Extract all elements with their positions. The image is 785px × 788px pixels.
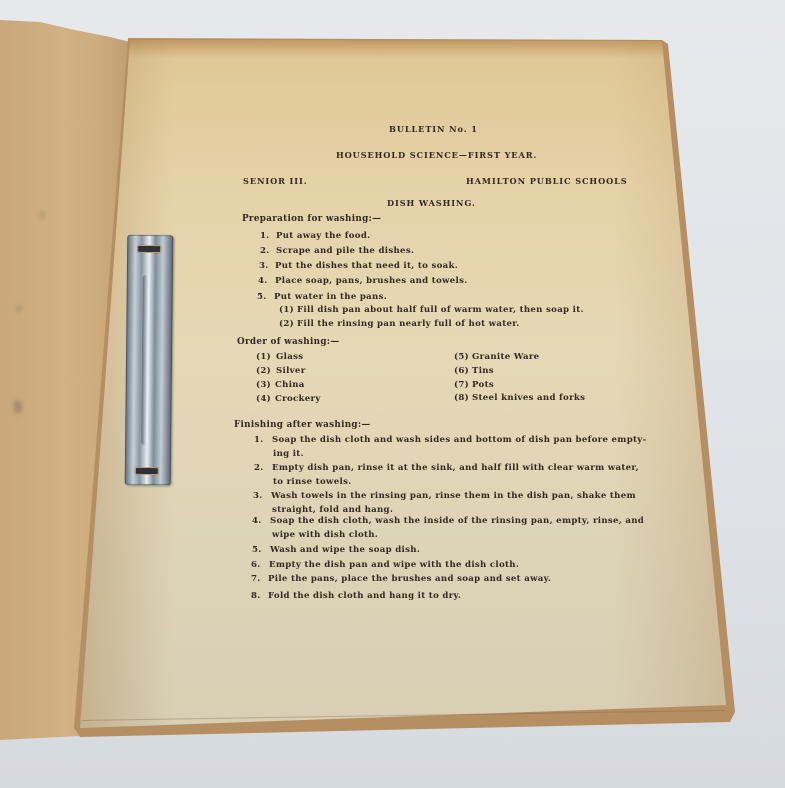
prep-item: Put away the food. <box>276 231 370 241</box>
order-item: Steel knives and forks <box>472 393 585 403</box>
prep-item-number: 3. <box>259 261 269 271</box>
order-item: Granite Ware <box>472 352 539 362</box>
preparation-heading: Preparation for washing:— <box>242 214 381 224</box>
order-item: Silver <box>276 366 306 376</box>
prep-item: Put the dishes that need it, to soak. <box>275 261 458 271</box>
finish-item-number: 6. <box>251 560 261 570</box>
finish-item: Soap the dish cloth and wash sides and b… <box>272 435 646 445</box>
finish-item-continued: to rinse towels. <box>273 477 352 487</box>
prep-item-number: 2. <box>260 246 270 256</box>
order-item-number: (3) <box>256 380 271 390</box>
prep-item: Scrape and pile the dishes. <box>276 246 414 256</box>
finish-item: Pile the pans, place the brushes and soa… <box>268 574 551 584</box>
prep-subitem-number: (2) <box>279 319 294 329</box>
bulletin-number: BULLETIN No. 1 <box>389 124 478 134</box>
order-item: Tins <box>472 366 494 376</box>
finish-item: Fold the dish cloth and hang it to dry. <box>268 591 461 601</box>
order-heading: Order of washing:— <box>237 337 339 347</box>
order-item-number: (6) <box>454 366 469 376</box>
finish-item: Wash and wipe the soap dish. <box>270 545 420 555</box>
finish-item-number: 8. <box>251 591 261 601</box>
prep-subitem: Fill the rinsing pan nearly full of hot … <box>297 319 520 329</box>
finish-item-number: 5. <box>252 545 262 555</box>
document-title: DISH WASHING. <box>387 198 476 208</box>
finish-item-continued: straight, fold and hang. <box>272 505 393 515</box>
prep-item: Place soap, pans, brushes and towels. <box>275 276 468 286</box>
order-item-number: (2) <box>256 366 271 376</box>
finish-item: Wash towels in the rinsing pan, rinse th… <box>271 491 636 501</box>
order-item: Crockery <box>275 394 321 404</box>
finish-item-continued: wipe with dish cloth. <box>272 530 378 540</box>
subject-heading: HOUSEHOLD SCIENCE—FIRST YEAR. <box>336 150 537 160</box>
order-item: Glass <box>276 352 303 362</box>
finish-item-number: 4. <box>252 516 262 526</box>
finish-item: Soap the dish cloth, wash the inside of … <box>270 516 644 526</box>
order-item-number: (1) <box>256 352 271 362</box>
prep-item-number: 5. <box>257 292 267 302</box>
order-item-number: (5) <box>454 352 469 362</box>
finish-item-number: 7. <box>251 574 261 584</box>
bulletin-text: BULLETIN No. 1 HOUSEHOLD SCIENCE—FIRST Y… <box>0 0 785 788</box>
order-item-number: (7) <box>454 380 469 390</box>
finish-item-number: 1. <box>254 435 264 445</box>
finish-item-number: 3. <box>253 491 263 501</box>
order-item-number: (8) <box>454 393 469 403</box>
finish-item: Empty dish pan, rinse it at the sink, an… <box>272 463 639 473</box>
finishing-heading: Finishing after washing:— <box>234 420 371 430</box>
grade-label: SENIOR III. <box>243 176 308 186</box>
prep-item-number: 1. <box>260 231 270 241</box>
order-item: Pots <box>472 380 494 390</box>
prep-subitem: Fill dish pan about half full of warm wa… <box>297 305 584 315</box>
prep-subitem-number: (1) <box>279 305 294 315</box>
finish-item: Empty the dish pan and wipe with the dis… <box>269 560 519 570</box>
finish-item-continued: ing it. <box>273 449 304 459</box>
school-name: HAMILTON PUBLIC SCHOOLS <box>466 176 628 186</box>
finish-item-number: 2. <box>254 463 264 473</box>
order-item: China <box>275 380 305 390</box>
prep-item-number: 4. <box>258 276 268 286</box>
prep-item: Put water in the pans. <box>274 292 387 302</box>
order-item-number: (4) <box>256 394 271 404</box>
